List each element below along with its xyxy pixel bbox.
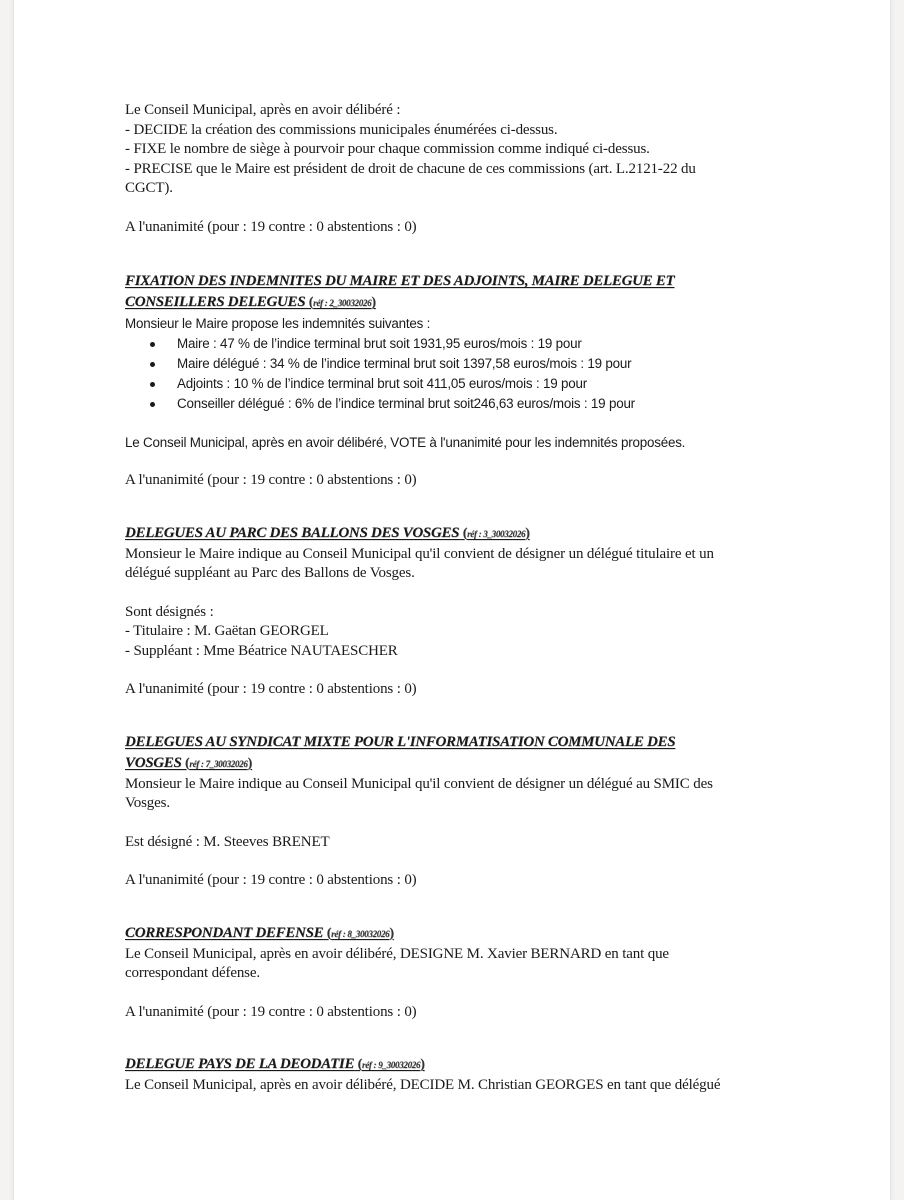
text-line: correspondant défense. [125, 964, 795, 984]
list-item: Maire délégué : 34 % de l’indice termina… [125, 354, 795, 374]
bullet-icon [150, 402, 155, 407]
reference-number: (réf : 9_30032026) [358, 1060, 425, 1070]
designation: - Suppléant : Mme Béatrice NAUTAESCHER [125, 642, 795, 662]
section-heading: DELEGUES AU SYNDICAT MIXTE POUR L'INFORM… [125, 732, 795, 775]
section-heading: CORRESPONDANT DEFENSE (réf : 8_30032026) [125, 923, 795, 945]
section-heading: DELEGUES AU PARC DES BALLONS DES VOSGES … [125, 523, 795, 545]
designation: - Titulaire : M. Gaëtan GEORGEL [125, 622, 795, 642]
text-line: - FIXE le nombre de siège à pourvoir pou… [125, 140, 795, 160]
vote-result: A l'unanimité (pour : 19 contre : 0 abst… [125, 680, 795, 700]
section-heading: DELEGUE PAYS DE LA DEODATIE (réf : 9_300… [125, 1054, 795, 1076]
text-line: CGCT). [125, 179, 795, 199]
section-correspondant-defense: CORRESPONDANT DEFENSE (réf : 8_30032026)… [125, 923, 795, 1023]
section-smic: DELEGUES AU SYNDICAT MIXTE POUR L'INFORM… [125, 732, 795, 891]
text-line: Vosges. [125, 794, 795, 814]
text-line: délégué suppléant au Parc des Ballons de… [125, 564, 795, 584]
text-line: Monsieur le Maire indique au Conseil Mun… [125, 775, 795, 795]
text-line: - PRECISE que le Maire est président de … [125, 160, 795, 180]
designation: Est désigné : M. Steeves BRENET [125, 833, 795, 853]
document-viewer: Le Conseil Municipal, après en avoir dél… [0, 0, 904, 1200]
reference-number: (réf : 7_30032026) [185, 759, 252, 769]
vote-result: A l'unanimité (pour : 19 contre : 0 abst… [125, 471, 795, 491]
bullet-icon [150, 362, 155, 367]
text-line: - DECIDE la création des commissions mun… [125, 121, 795, 141]
list-item: Maire : 47 % de l’indice terminal brut s… [125, 334, 795, 354]
section-intro: Monsieur le Maire propose les indemnités… [125, 314, 795, 334]
text-line: Monsieur le Maire indique au Conseil Mun… [125, 545, 795, 565]
decision-text: Le Conseil Municipal, après en avoir dél… [125, 433, 795, 453]
vote-result: A l'unanimité (pour : 19 contre : 0 abst… [125, 1003, 795, 1023]
text-line: Sont désignés : [125, 603, 795, 623]
list-item: Adjoints : 10 % de l’indice terminal bru… [125, 374, 795, 394]
reference-number: (réf : 2_30032026) [309, 298, 376, 308]
text-line: Le Conseil Municipal, après en avoir dél… [125, 945, 795, 965]
reference-number: (réf : 3_30032026) [463, 529, 530, 539]
vote-result: A l'unanimité (pour : 19 contre : 0 abst… [125, 871, 795, 891]
section-parc-ballons: DELEGUES AU PARC DES BALLONS DES VOSGES … [125, 523, 795, 700]
reference-number: (réf : 8_30032026) [327, 929, 394, 939]
bullet-icon [150, 382, 155, 387]
section-pays-deodatie: DELEGUE PAYS DE LA DEODATIE (réf : 9_300… [125, 1054, 795, 1096]
section-heading: FIXATION DES INDEMNITES DU MAIRE ET DES … [125, 271, 795, 314]
section-indemnites: FIXATION DES INDEMNITES DU MAIRE ET DES … [125, 271, 795, 491]
text-line: Le Conseil Municipal, après en avoir dél… [125, 101, 795, 121]
document-page: Le Conseil Municipal, après en avoir dél… [14, 0, 890, 1200]
vote-result: A l'unanimité (pour : 19 contre : 0 abst… [125, 218, 795, 238]
bullet-icon [150, 342, 155, 347]
list-item: Conseiller délégué : 6% de l’indice term… [125, 394, 795, 414]
page-content: Le Conseil Municipal, après en avoir dél… [125, 101, 795, 1096]
indemnities-list: Maire : 47 % de l’indice terminal brut s… [125, 334, 795, 414]
commissions-decision-block: Le Conseil Municipal, après en avoir dél… [125, 101, 795, 237]
text-line: Le Conseil Municipal, après en avoir dél… [125, 1076, 795, 1096]
